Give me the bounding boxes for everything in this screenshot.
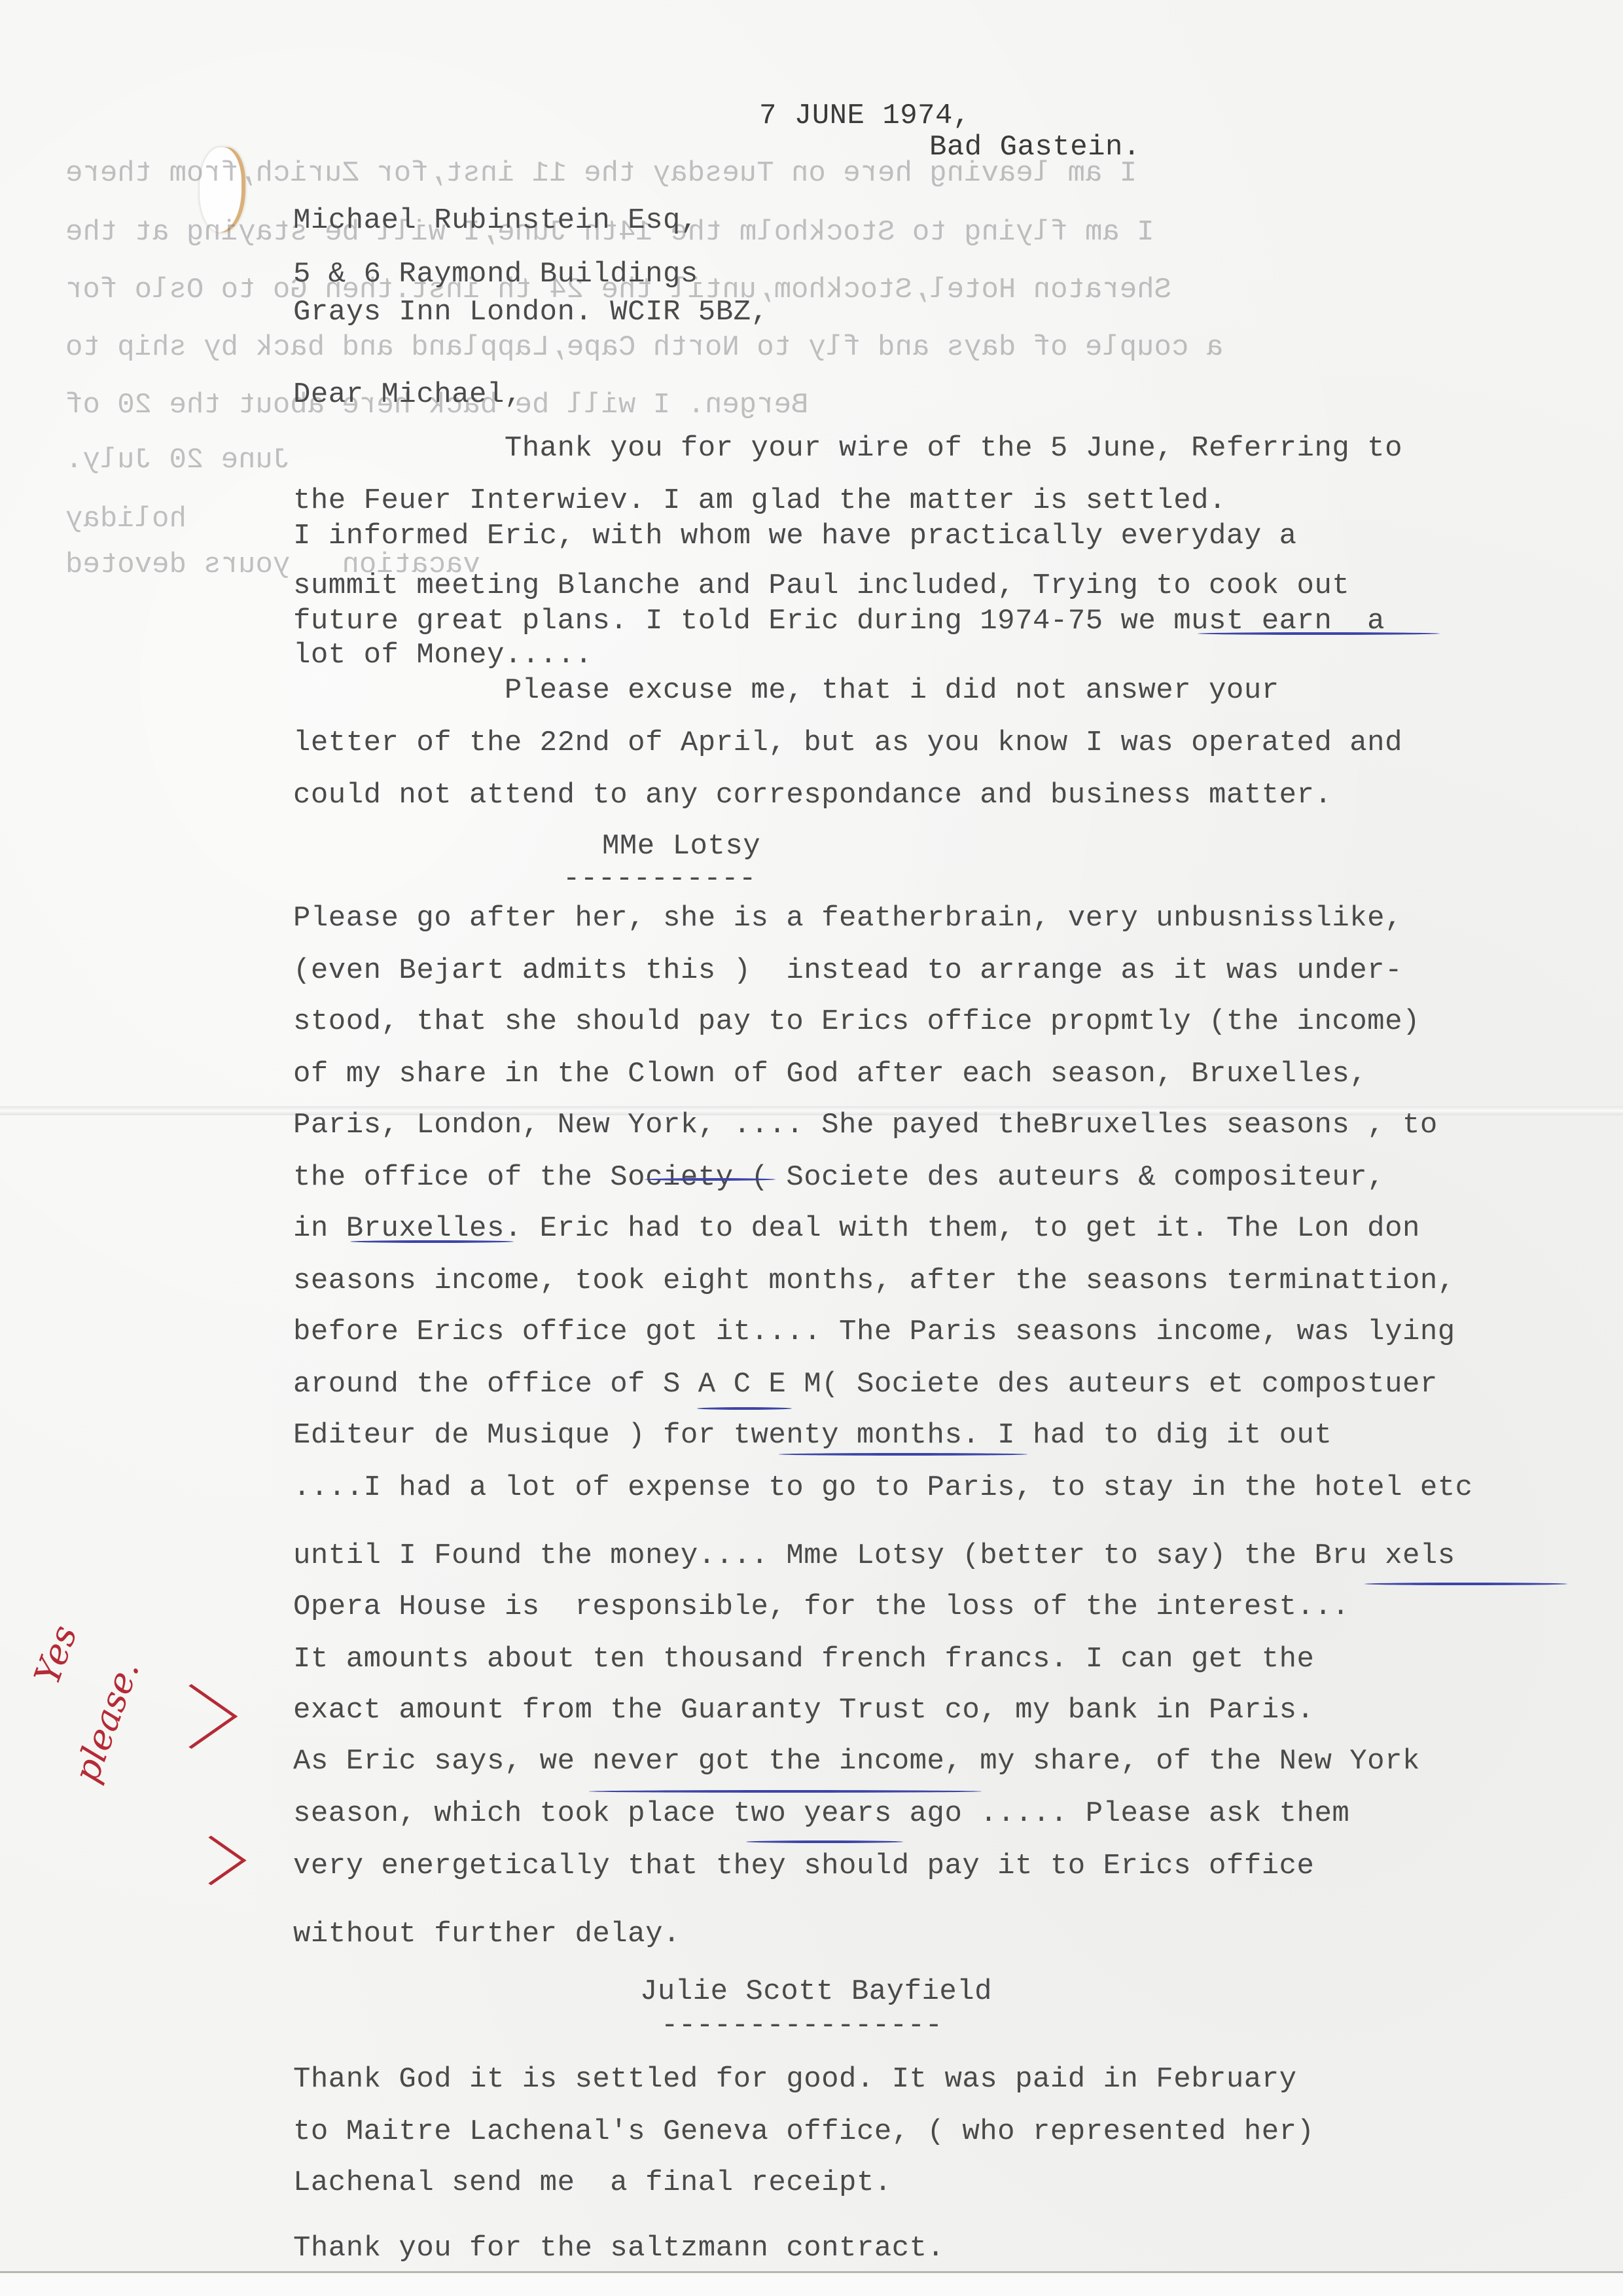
pen-underline [350, 1240, 514, 1243]
body-line: As Eric says, we never got the income, m… [293, 1745, 1420, 1778]
body-line: I informed Eric, with whom we have pract… [293, 520, 1297, 552]
pen-underline [1364, 1583, 1567, 1585]
section-heading-lotsy: MMe Lotsy [602, 830, 760, 863]
pen-underline [746, 1840, 903, 1843]
body-line: Please go after her, she is a featherbra… [293, 902, 1402, 935]
body-line: Paris, London, New York, .... She payed … [293, 1109, 1438, 1141]
recipient-address-line1: 5 & 6 Raymond Buildings [293, 258, 698, 291]
pen-underline [645, 1178, 776, 1181]
body-line: (even Bejart admits this ) instead to ar… [293, 954, 1402, 987]
body-line: Thank you for the saltzmann contract. [293, 2232, 944, 2265]
section-rule: ----------- [563, 863, 757, 895]
body-line: around the office of S A C E M( Societe … [293, 1368, 1438, 1401]
section-rule: ---------------- [661, 2009, 942, 2042]
body-line: the office of the Society ( Societe des … [293, 1161, 1385, 1194]
body-line: lot of Money..... [293, 639, 592, 672]
body-line: summit meeting Blanche and Paul included… [293, 569, 1349, 602]
body-line: stood, that she should pay to Erics offi… [293, 1005, 1420, 1038]
body-line: Opera House is responsible, for the loss… [293, 1590, 1349, 1623]
body-line: ....I had a lot of expense to go to Pari… [293, 1471, 1473, 1504]
body-line: Lachenal send me a final receipt. [293, 2166, 892, 2199]
salutation: Dear Michael, [293, 378, 522, 411]
letter-date: 7 JUNE 1974, [759, 99, 971, 132]
body-line: to Maitre Lachenal's Geneva office, ( wh… [293, 2115, 1314, 2148]
body-line: Please excuse me, that i did not answer … [293, 674, 1279, 707]
recipient-name: Michael Rubinstein Esq, [293, 204, 698, 237]
body-line: before Erics office got it.... The Paris… [293, 1316, 1455, 1348]
body-line: Thank you for your wire of the 5 June, R… [293, 432, 1402, 465]
body-line: without further delay. [293, 1918, 681, 1950]
page-bottom-edge [0, 2271, 1623, 2296]
body-line: It amounts about ten thousand french fra… [293, 1643, 1314, 1676]
body-line: of my share in the Clown of God after ea… [293, 1058, 1367, 1090]
body-line: Thank God it is settled for good. It was… [293, 2063, 1297, 2096]
pen-underline [779, 1453, 1027, 1456]
recipient-address-line2: Grays Inn London. WCIR 5BZ, [293, 296, 768, 329]
body-line: exact amount from the Guaranty Trust co,… [293, 1694, 1314, 1727]
body-line: season, which took place two years ago .… [293, 1797, 1349, 1830]
pen-underline [589, 1790, 982, 1793]
letter-place: Bad Gastein. [929, 131, 1141, 164]
section-heading-bayfield: Julie Scott Bayfield [640, 1975, 992, 2008]
body-line: the Feuer Interwiev. I am glad the matte… [293, 484, 1226, 517]
body-line: letter of the 22nd of April, but as you … [293, 726, 1402, 759]
body-line: seasons income, took eight months, after… [293, 1265, 1455, 1297]
pen-underline [1198, 632, 1440, 635]
body-line: until I Found the money.... Mme Lotsy (b… [293, 1539, 1455, 1572]
body-line: very energetically that they should pay … [293, 1850, 1314, 1882]
pen-underline [697, 1407, 792, 1410]
body-line: Editeur de Musique ) for twenty months. … [293, 1419, 1332, 1452]
body-line: could not attend to any correspondance a… [293, 779, 1332, 812]
